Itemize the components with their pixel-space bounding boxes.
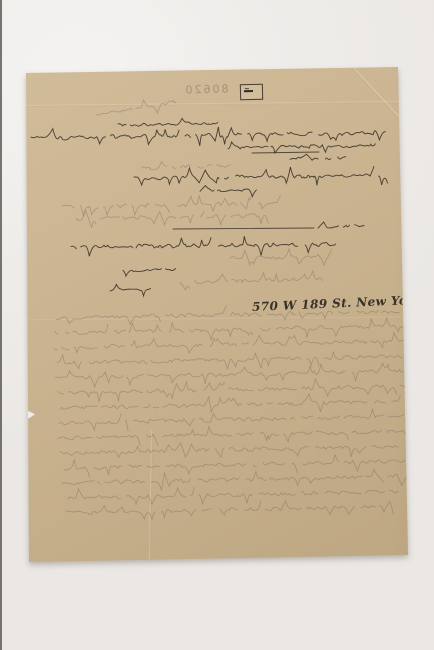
stamp-mark-icon	[245, 88, 249, 89]
letter-paper: 80620 570 W 189 St. New York	[0, 0, 434, 650]
catalog-number: 80620	[176, 82, 236, 97]
stamp-mark-icon	[244, 90, 253, 92]
photo-canvas: 80620 570 W 189 St. New York	[0, 0, 434, 650]
paper-shadow-wrap: 80620 570 W 189 St. New York	[0, 0, 434, 650]
archival-stamp	[240, 84, 263, 101]
handwriting-svg	[0, 0, 434, 650]
